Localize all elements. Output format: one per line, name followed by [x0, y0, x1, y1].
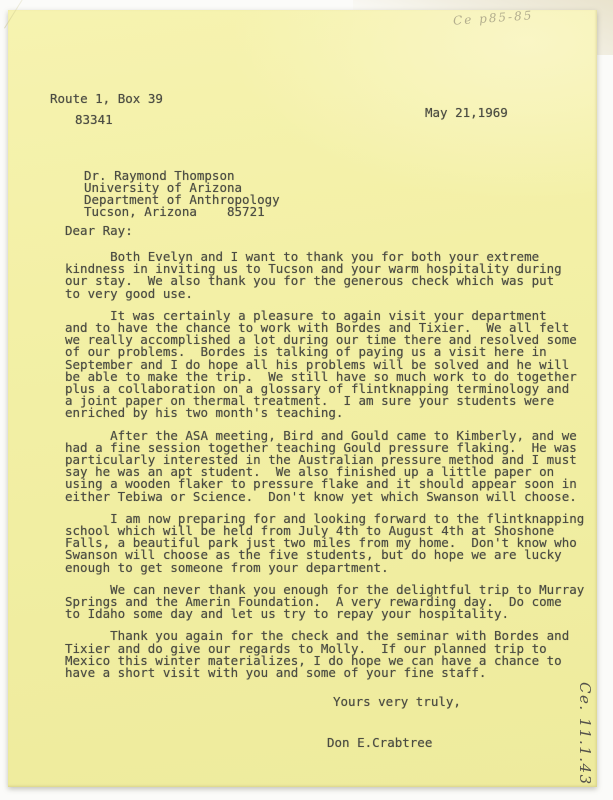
paragraph-2: It was certainly a pleasure to again vis… [65, 310, 584, 420]
paper-crease [4, 0, 37, 29]
letter-paper: Ce p85-85 Route 1, Box 39 83341 May 21,1… [8, 10, 597, 787]
sender-zip: 83341 [75, 114, 113, 126]
sender-address: Route 1, Box 39 [50, 93, 163, 105]
paragraph-5: We can never thank you enough for the de… [65, 584, 584, 621]
letter-date: May 21,1969 [425, 107, 508, 119]
pencil-annotation: Ce p85-85 [453, 8, 534, 28]
salutation: Dear Ray: [65, 225, 133, 237]
paragraph-6: Thank you again for the check and the se… [65, 630, 584, 679]
letter-body: Both Evelyn and I want to thank you for … [65, 251, 584, 689]
paragraph-3: After the ASA meeting, Bird and Gould ca… [65, 430, 584, 503]
closing: Yours very truly, [333, 696, 461, 708]
paragraph-1: Both Evelyn and I want to thank you for … [65, 251, 584, 300]
catalog-number-annotation: Ce. 11.1.43 [576, 682, 594, 786]
paragraph-4: I am now preparing for and looking forwa… [65, 513, 584, 574]
recipient-city-zip: Tucson, Arizona 85721 [84, 206, 265, 218]
signature: Don E.Crabtree [327, 737, 432, 749]
